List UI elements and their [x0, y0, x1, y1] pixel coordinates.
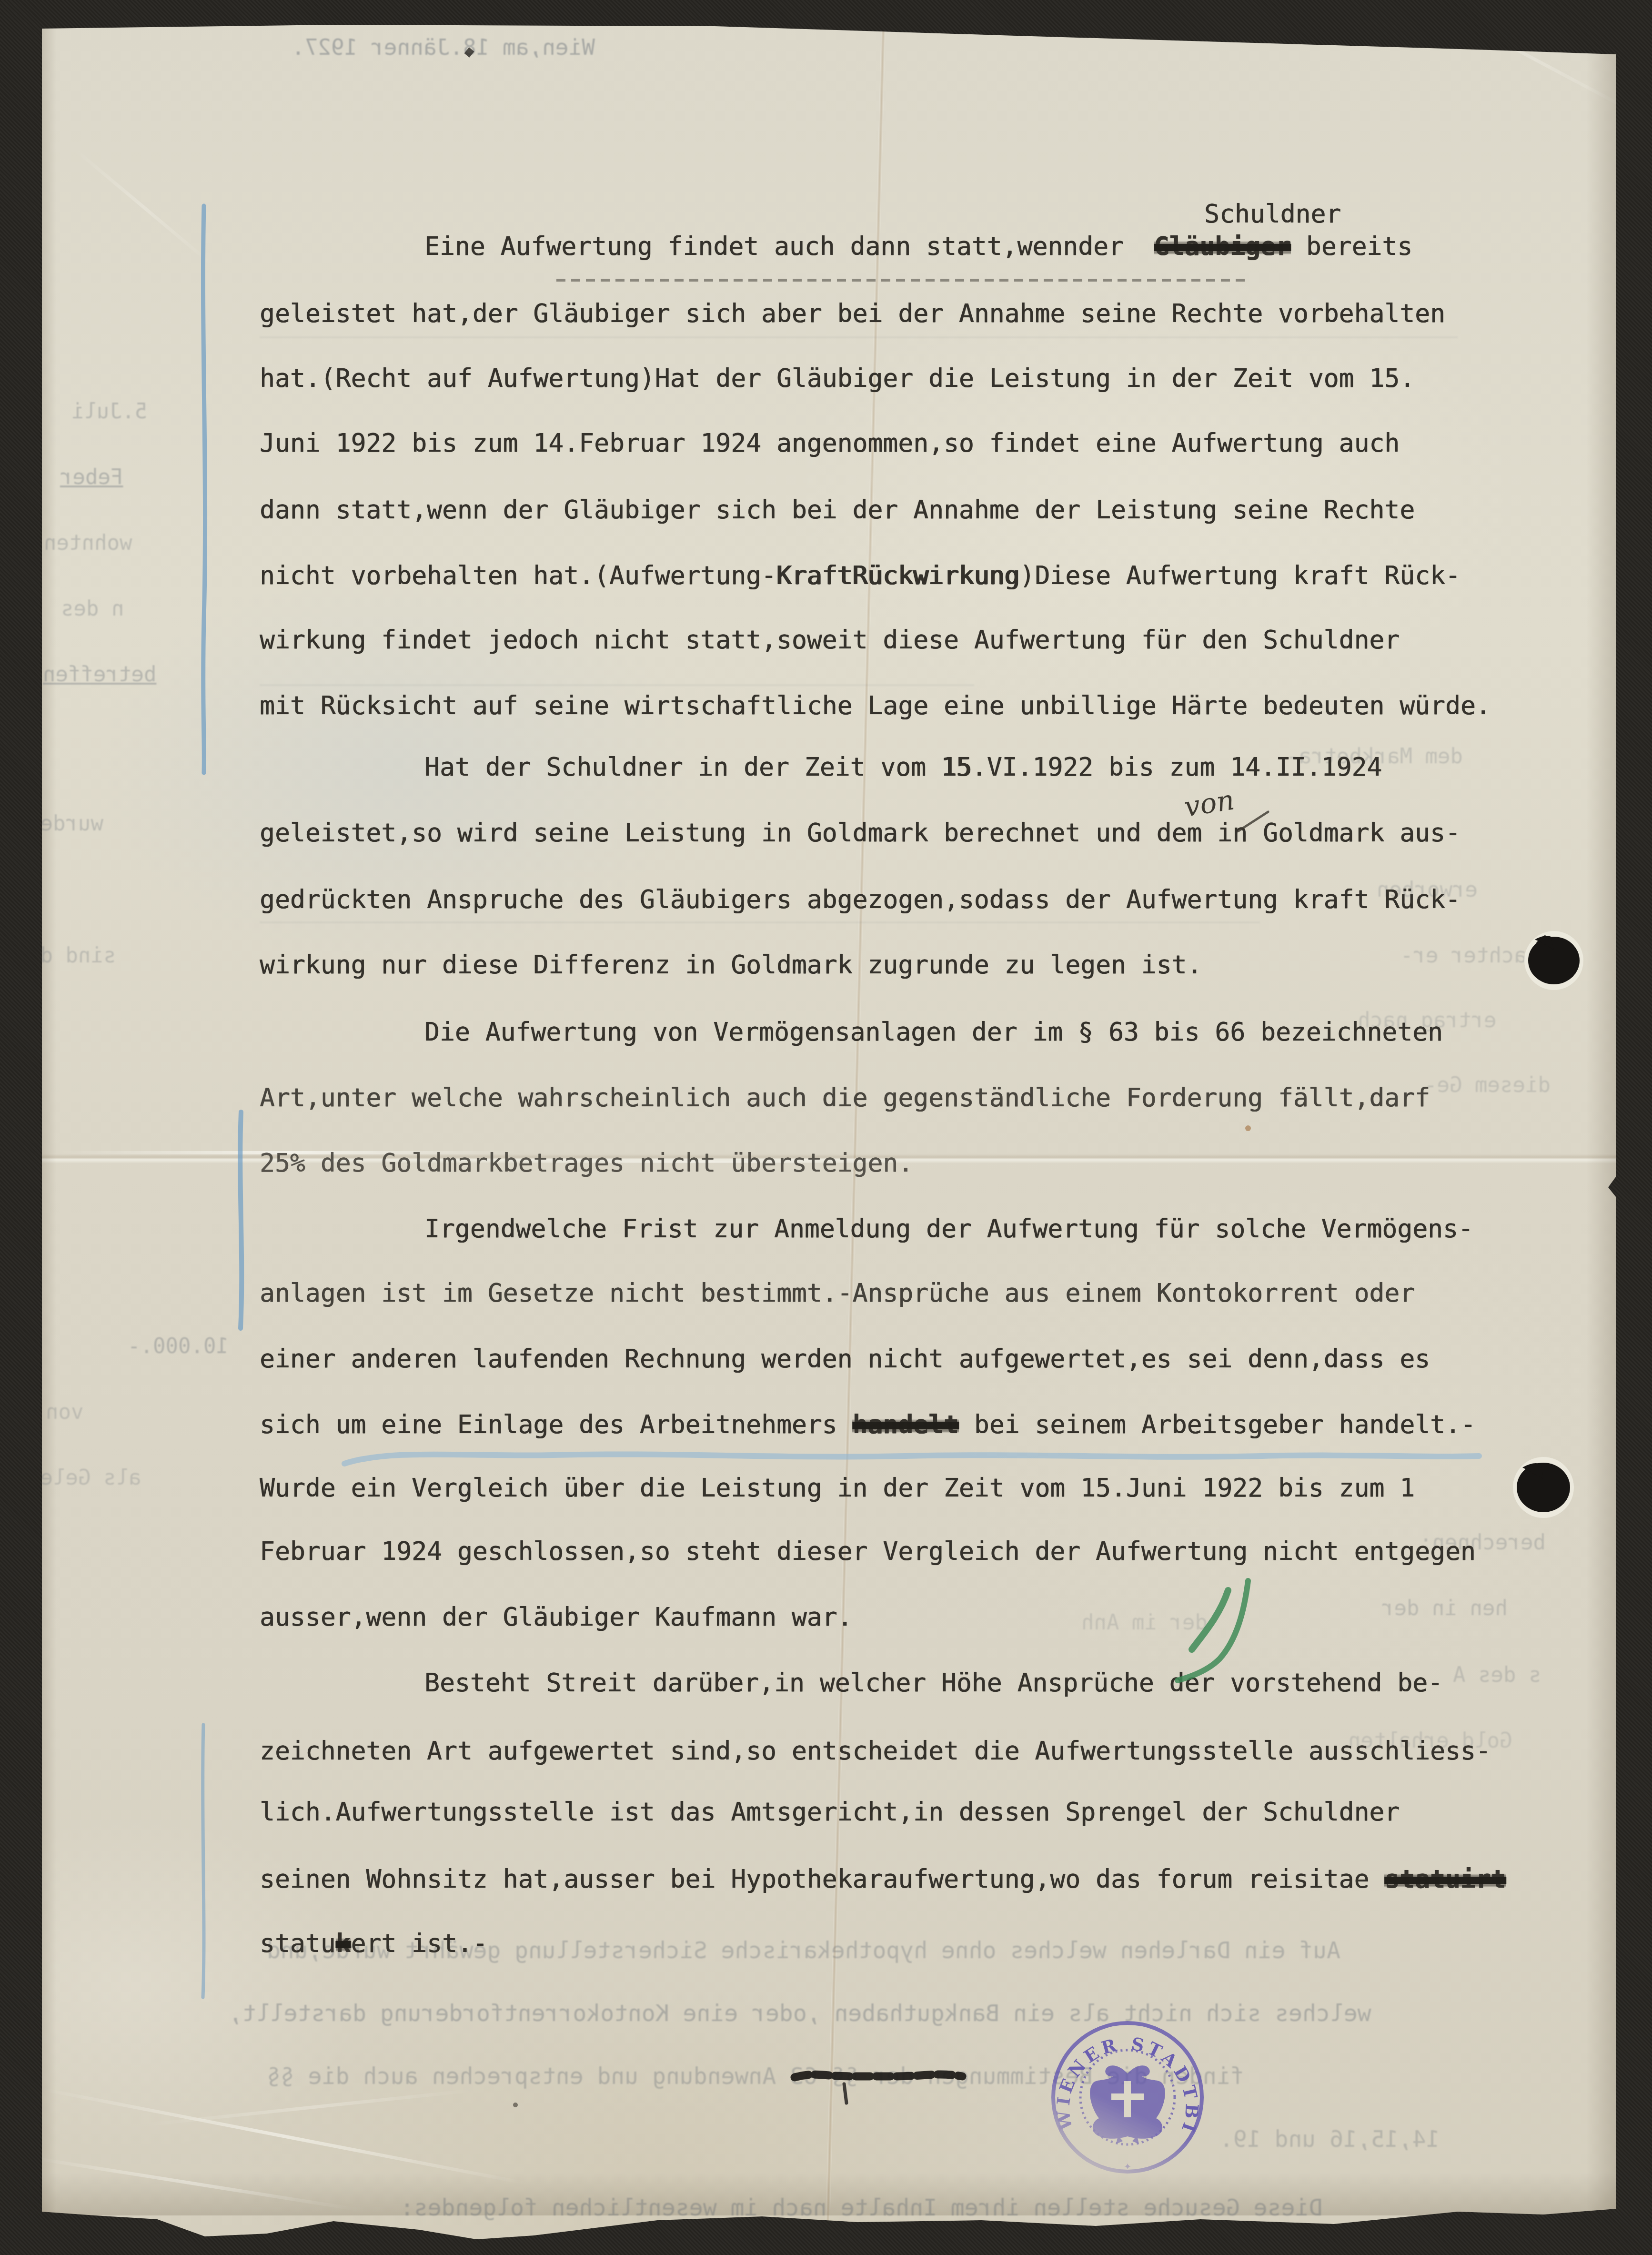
typed-text: mit Rücksicht auf seine wirtschaftliche … — [260, 691, 1491, 720]
typed-line: Juni 1922 bis zum 14.Februar 1924 angeno… — [260, 429, 1400, 458]
typed-text: sich um eine Einlage des Arbeitnehmers — [260, 1410, 852, 1439]
typed-line: nicht vorbehalten hat.(Aufwertung-KraftR… — [260, 561, 1461, 590]
typed-line: geleistet hat,der Gläubiger sich aber be… — [260, 299, 1445, 328]
typed-line: Besteht Streit darüber,in welcher Höhe A… — [424, 1668, 1443, 1698]
typed-text-layer: SchuldnerEine Aufwertung findet auch dan… — [0, 0, 1652, 2255]
typed-text: dann statt,wenn der Gläubiger sich bei d… — [260, 495, 1415, 525]
typed-text: bereits — [1291, 232, 1412, 261]
typed-line: wirkung findet jedoch nicht statt,soweit… — [260, 626, 1400, 655]
typed-line: seinen Wohnsitz hat,ausser bei Hypotheka… — [260, 1865, 1506, 1894]
typed-text: Hat der Schuldner in der Zeit vom — [424, 753, 941, 782]
document-scan: Wien,am 18.Jänner 1927.5.JuliFeberwohnte… — [0, 0, 1652, 2255]
typed-text: geleistet,so wird seine Leistung in Gold… — [260, 819, 1461, 848]
typed-line: mit Rücksicht auf seine wirtschaftliche … — [260, 691, 1491, 720]
typed-text: Besteht Streit darüber,in welcher Höhe A… — [424, 1668, 1443, 1698]
typed-line: Irgendwelche Frist zur Anmeldung der Auf… — [424, 1214, 1473, 1244]
typed-text: )Diese Aufwertung kraft Rück- — [1019, 561, 1460, 590]
typed-text: Wurde ein Vergleich über die Leistung in… — [260, 1474, 1415, 1503]
typed-text: seinen Wohnsitz hat,ausser bei Hypotheka… — [260, 1865, 1384, 1894]
typed-text: 25% des Goldmarkbetrages nicht übersteig… — [260, 1149, 913, 1178]
stamp-star: ✦ — [1124, 2159, 1131, 2173]
paper-sheet: Wien,am 18.Jänner 1927.5.JuliFeberwohnte… — [0, 0, 1652, 2255]
typed-text: Juni 1922 bis zum 14.Februar 1924 angeno… — [260, 429, 1400, 458]
typed-line: ausser,wenn der Gläubiger Kaufmann war. — [260, 1603, 852, 1632]
typed-line: anlagen ist im Gesetze nicht bestimmt.-A… — [260, 1279, 1415, 1308]
typed-text: hat.(Recht auf Aufwertung)Hat der Gläubi… — [260, 364, 1415, 393]
typed-line: Schuldner — [1204, 200, 1341, 229]
typed-text: geleistet hat,der Gläubiger sich aber be… — [260, 299, 1445, 328]
typed-line: statukert ist.- — [260, 1929, 488, 1958]
library-stamp: WIENER STADTBIBLIOTHEK ✦ — [1047, 2016, 1209, 2178]
typed-line: 25% des Goldmarkbetrages nicht übersteig… — [260, 1149, 913, 1178]
struck-out-word: Gläubiger — [1154, 232, 1291, 261]
typed-text: Die Aufwertung von Vermögensanlagen der … — [424, 1018, 1443, 1047]
typed-line: zeichneten Art aufgewertet sind,so entsc… — [260, 1737, 1491, 1766]
typed-dash-rule — [556, 279, 1246, 282]
typed-line: geleistet,so wird seine Leistung in Gold… — [260, 819, 1461, 848]
typed-text: Irgendwelche Frist zur Anmeldung der Auf… — [424, 1214, 1473, 1244]
typed-line: Wurde ein Vergleich über die Leistung in… — [260, 1474, 1415, 1503]
struck-out-word: handelt — [852, 1410, 958, 1439]
typed-line: wirkung nur diese Differenz in Goldmark … — [260, 951, 1202, 980]
typed-text: ert ist.- — [351, 1929, 487, 1958]
typed-line: Die Aufwertung von Vermögensanlagen der … — [424, 1018, 1443, 1047]
struck-out-word: statuirt — [1384, 1865, 1506, 1894]
struck-out-word: k — [336, 1929, 351, 1958]
typed-text: lich.Aufwertungsstelle ist das Amtsgeric… — [260, 1798, 1400, 1827]
typed-line: Hat der Schuldner in der Zeit vom 15.VI.… — [424, 753, 1382, 782]
typed-line: dann statt,wenn der Gläubiger sich bei d… — [260, 495, 1415, 525]
typed-text: zeichneten Art aufgewertet sind,so entsc… — [260, 1737, 1491, 1766]
typed-text: nicht vorbehalten hat.(Aufwertung- — [260, 561, 776, 590]
typed-line: hat.(Recht auf Aufwertung)Hat der Gläubi… — [260, 364, 1415, 393]
typed-text: bei seinem Arbeitsgeber handelt.- — [959, 1410, 1476, 1439]
typed-text: wirkung nur diese Differenz in Goldmark … — [260, 951, 1202, 980]
typed-line: lich.Aufwertungsstelle ist das Amtsgeric… — [260, 1798, 1400, 1827]
typed-line: sich um eine Einlage des Arbeitnehmers h… — [260, 1410, 1476, 1439]
typed-line: gedrückten Anspruche des Gläubigers abge… — [260, 885, 1461, 914]
typed-line: Februar 1924 geschlossen,so steht dieser… — [260, 1537, 1476, 1566]
typed-text: gedrückten Anspruche des Gläubigers abge… — [260, 885, 1461, 914]
typed-text: wirkung findet jedoch nicht statt,soweit… — [260, 626, 1400, 655]
typed-text: Eine Aufwertung findet auch dann statt,w… — [424, 232, 1154, 261]
typed-text: Schuldner — [1204, 200, 1341, 229]
typed-text: anlagen ist im Gesetze nicht bestimmt.-A… — [260, 1279, 1415, 1308]
overstruck-text: KraftRückwirkung — [776, 561, 1020, 590]
typed-line: Art,unter welche wahrscheinlich auch die… — [260, 1083, 1430, 1112]
typed-text: statu — [260, 1929, 336, 1958]
typed-text: einer anderen laufenden Rechnung werden … — [260, 1345, 1430, 1374]
typed-text: Art,unter welche wahrscheinlich auch die… — [260, 1083, 1430, 1112]
typed-text: Februar 1924 geschlossen,so steht dieser… — [260, 1537, 1476, 1566]
typed-line: Eine Aufwertung findet auch dann statt,w… — [424, 232, 1412, 261]
overstruck-text: 15 — [941, 753, 972, 782]
typed-line: einer anderen laufenden Rechnung werden … — [260, 1345, 1430, 1374]
typed-text: ausser,wenn der Gläubiger Kaufmann war. — [260, 1603, 852, 1632]
typed-text: .VI.1922 bis zum 14.II.1924 — [972, 753, 1382, 782]
